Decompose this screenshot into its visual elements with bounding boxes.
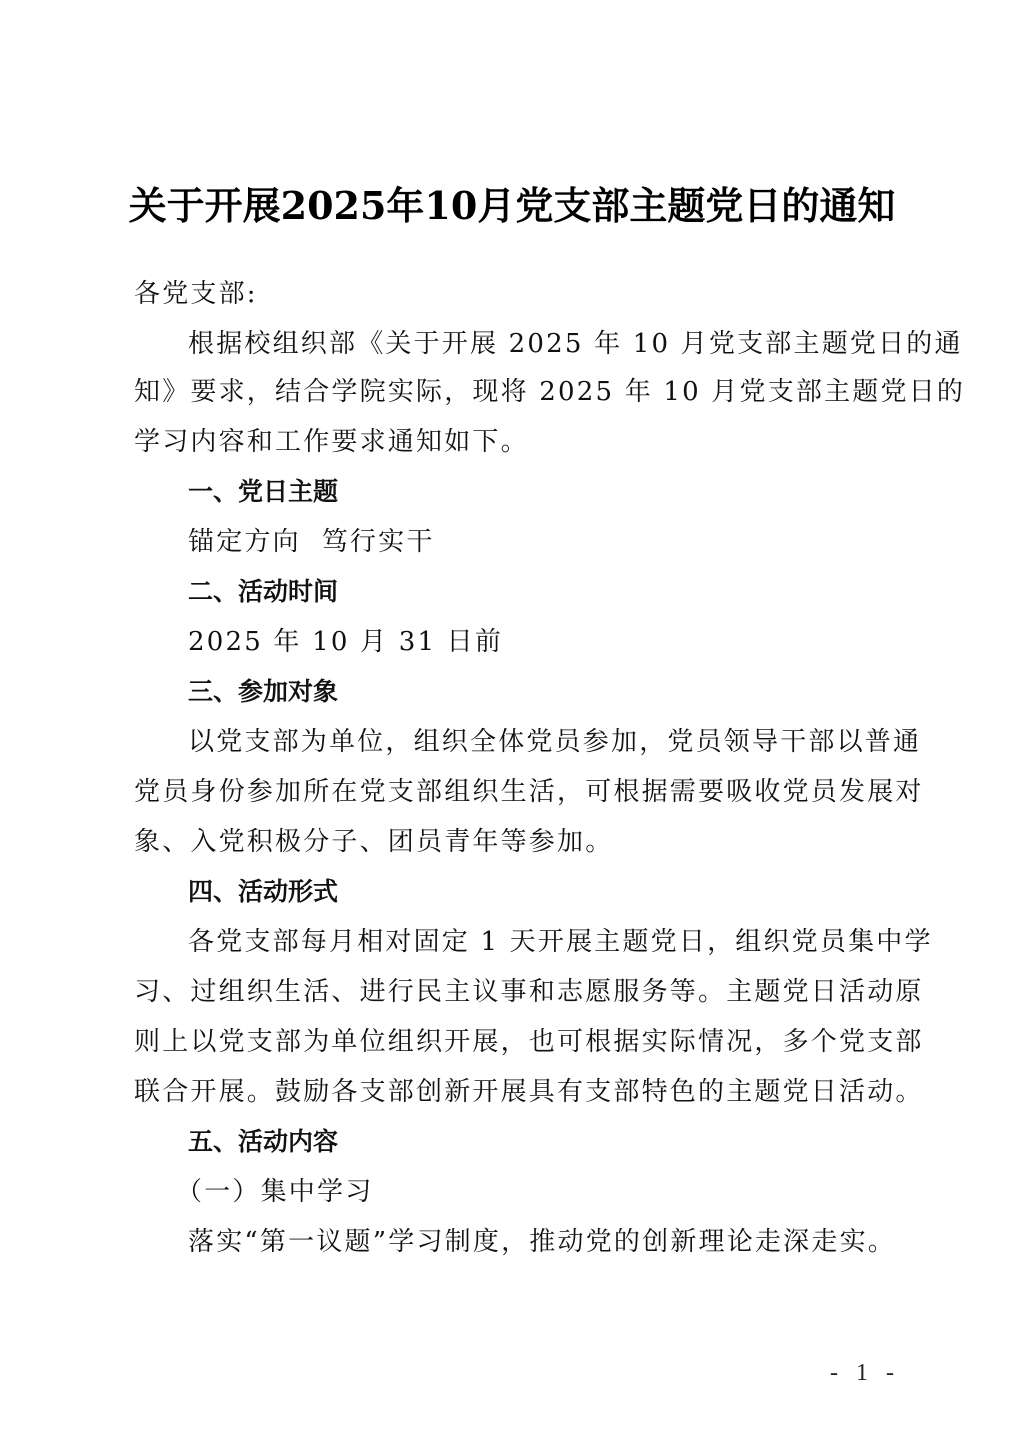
section-body-time: 2025 年 10 月 31 日前 bbox=[188, 624, 896, 660]
section-body-content-1: 落实“第一议题”学习制度，推动党的创新理论走深走实。 bbox=[188, 1224, 896, 1260]
intro-line-2: 知》要求，结合学院实际，现将 2025 年 10 月党支部主题党日的 bbox=[134, 374, 896, 410]
section-body-participants-2: 党员身份参加所在党支部组织生活，可根据需要吸收党员发展对 bbox=[134, 774, 896, 810]
section-body-format-2: 习、过组织生活、进行民主议事和志愿服务等。主题党日活动原 bbox=[134, 974, 896, 1010]
section-heading-time: 二、活动时间 bbox=[188, 574, 896, 610]
intro-line-3: 学习内容和工作要求通知如下。 bbox=[134, 424, 896, 460]
section-body-format-4: 联合开展。鼓励各支部创新开展具有支部特色的主题党日活动。 bbox=[134, 1074, 896, 1110]
section-heading-theme: 一、党日主题 bbox=[188, 474, 896, 510]
salutation: 各党支部: bbox=[134, 276, 896, 312]
document-page: 关于开展2025年10月党支部主题党日的通知 各党支部: 根据校组织部《关于开展… bbox=[0, 0, 1024, 1448]
section-heading-content: 五、活动内容 bbox=[188, 1124, 896, 1160]
document-title: 关于开展2025年10月党支部主题党日的通知 bbox=[0, 178, 1024, 234]
section-body-participants-1: 以党支部为单位，组织全体党员参加，党员领导干部以普通 bbox=[188, 724, 896, 760]
page-number: - 1 - bbox=[830, 1360, 900, 1387]
intro-line-1: 根据校组织部《关于开展 2025 年 10 月党支部主题党日的通 bbox=[188, 326, 896, 362]
subsection-heading-study: （一）集中学习 bbox=[176, 1174, 938, 1210]
section-body-theme: 锚定方向 笃行实干 bbox=[188, 524, 896, 560]
section-heading-participants: 三、参加对象 bbox=[188, 674, 896, 710]
section-body-participants-3: 象、入党积极分子、团员青年等参加。 bbox=[134, 824, 896, 860]
section-body-format-3: 则上以党支部为单位组织开展，也可根据实际情况，多个党支部 bbox=[134, 1024, 896, 1060]
section-heading-format: 四、活动形式 bbox=[188, 874, 896, 910]
section-body-format-1: 各党支部每月相对固定 1 天开展主题党日，组织党员集中学 bbox=[188, 924, 896, 960]
